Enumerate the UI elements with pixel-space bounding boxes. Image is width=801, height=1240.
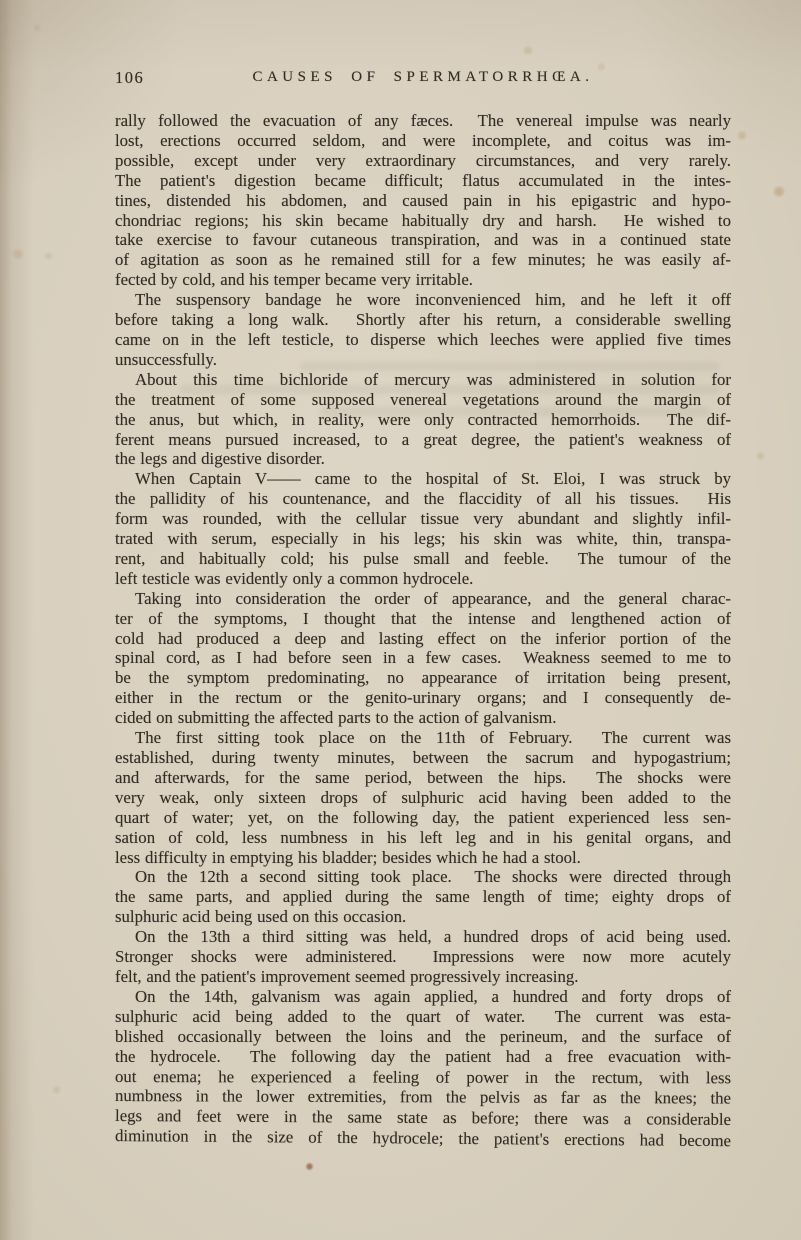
text-line: sulphuric acid being used on this occasi…	[115, 907, 731, 927]
text-line: take exercise to favour cutaneous transp…	[115, 230, 731, 250]
foxing-spot	[44, 252, 53, 260]
text-line: quart of water; yet, on the following da…	[115, 808, 731, 828]
text-line: came on in the left testicle, to dispers…	[115, 330, 731, 350]
text-line: rally followed the evacuation of any fæc…	[115, 111, 731, 131]
text-line: Stronger shocks were administered. Impre…	[115, 947, 731, 967]
text-line: ferent means pursued increased, to a gre…	[115, 430, 731, 450]
running-head: CAUSES OF SPERMATORRHŒA.	[115, 69, 731, 86]
text-line: On the 12th a second sitting took place.…	[115, 867, 731, 887]
text-line: the same parts, and applied during the s…	[115, 887, 731, 907]
text-line: tines, distended his abdomen, and caused…	[115, 191, 731, 211]
paragraph: Taking into consideration the order of a…	[115, 589, 731, 728]
text-line: trated with serum, especially in his leg…	[115, 529, 731, 549]
text-line: less difficulty in emptying his bladder;…	[115, 848, 731, 868]
text-line: spinal cord, as I had before seen in a f…	[115, 648, 731, 668]
text-line: chondriac regions; his skin became habit…	[115, 211, 731, 231]
text-line: the pallidity of his countenance, and th…	[115, 489, 731, 509]
text-line: the anus, but which, in reality, were on…	[115, 410, 731, 430]
text-line: be the symptom predominating, no appeara…	[115, 668, 731, 688]
text-line: established, during twenty minutes, betw…	[115, 748, 731, 768]
text-line: lost, erections occurred seldom, and wer…	[115, 131, 731, 151]
text-line: the legs and digestive disorder.	[115, 449, 731, 469]
text-line: numbness in the lower extremities, from …	[115, 1086, 731, 1108]
text-line: blished occasionally between the loins a…	[115, 1027, 731, 1047]
paragraph: On the 12th a second sitting took place.…	[115, 867, 731, 927]
paragraph: On the 13th a third sitting was held, a …	[115, 927, 731, 987]
body-text: rally followed the evacuation of any fæc…	[115, 111, 731, 1146]
text-line: possible, except under very extraordinar…	[115, 151, 731, 171]
foxing-spot	[756, 452, 765, 460]
text-line: On the 13th a third sitting was held, a …	[115, 927, 731, 947]
text-line: out enema; he experienced a feeling of p…	[115, 1067, 731, 1088]
text-line: rent, and habitually cold; his pulse sma…	[115, 549, 731, 569]
text-line: ter of the symptoms, I thought that the …	[115, 609, 731, 629]
text-line: either in the rectum or the genito-urina…	[115, 688, 731, 708]
paragraph: The suspensory bandage he wore inconveni…	[115, 290, 731, 370]
text-line: Taking into consideration the order of a…	[115, 589, 731, 609]
foxing-spot	[52, 1086, 61, 1094]
text-line: cold had produced a deep and lasting eff…	[115, 629, 731, 649]
text-line: The suspensory bandage he wore inconveni…	[115, 290, 731, 310]
foxing-spot	[523, 46, 533, 55]
paragraph: rally followed the evacuation of any fæc…	[115, 111, 731, 290]
text-line: and afterwards, for the same period, bet…	[115, 768, 731, 788]
text-line: very weak, only sixteen drops of sulphur…	[115, 788, 731, 808]
page-header: 106 CAUSES OF SPERMATORRHŒA.	[115, 68, 731, 90]
scanned-book-page: 106 CAUSES OF SPERMATORRHŒA. rally follo…	[0, 0, 801, 1240]
text-line: fected by cold, and his temper became ve…	[115, 270, 731, 290]
text-line: before taking a long walk. Shortly after…	[115, 310, 731, 330]
foxing-spot	[737, 131, 747, 140]
text-line: When Captain V—— came to the hospital of…	[115, 469, 731, 489]
foxing-spot	[12, 249, 24, 259]
paragraph: On the 14th, galvanism was again applied…	[115, 987, 731, 1146]
text-line: the hydrocele. The following day the pat…	[115, 1047, 731, 1067]
text-line: About this time bichloride of mercury wa…	[115, 370, 731, 390]
text-line: of agitation as soon as he remained stil…	[115, 250, 731, 270]
text-line: The patient's digestion became difficult…	[115, 171, 731, 191]
text-line: form was rounded, with the cellular tiss…	[115, 509, 731, 529]
text-line: sulphuric acid being added to the quart …	[115, 1007, 731, 1027]
text-line: cided on submitting the affected parts t…	[115, 708, 731, 728]
paragraph: About this time bichloride of mercury wa…	[115, 370, 731, 470]
text-line: the treatment of some supposed venereal …	[115, 390, 731, 410]
text-line: unsuccessfully.	[115, 350, 731, 370]
foxing-spot	[33, 24, 41, 32]
text-line: sation of cold, less numbness in his lef…	[115, 828, 731, 848]
foxing-spot	[306, 1163, 313, 1170]
foxing-spot	[773, 186, 785, 197]
text-line: On the 14th, galvanism was again applied…	[115, 987, 731, 1007]
text-line: left testicle was evidently only a commo…	[115, 569, 731, 589]
text-line: diminution in the size of the hydrocele;…	[115, 1126, 731, 1151]
paragraph: When Captain V—— came to the hospital of…	[115, 469, 731, 588]
text-line: The first sitting took place on the 11th…	[115, 728, 731, 748]
text-line: felt, and the patient's improvement seem…	[115, 967, 731, 987]
paragraph: The first sitting took place on the 11th…	[115, 728, 731, 867]
